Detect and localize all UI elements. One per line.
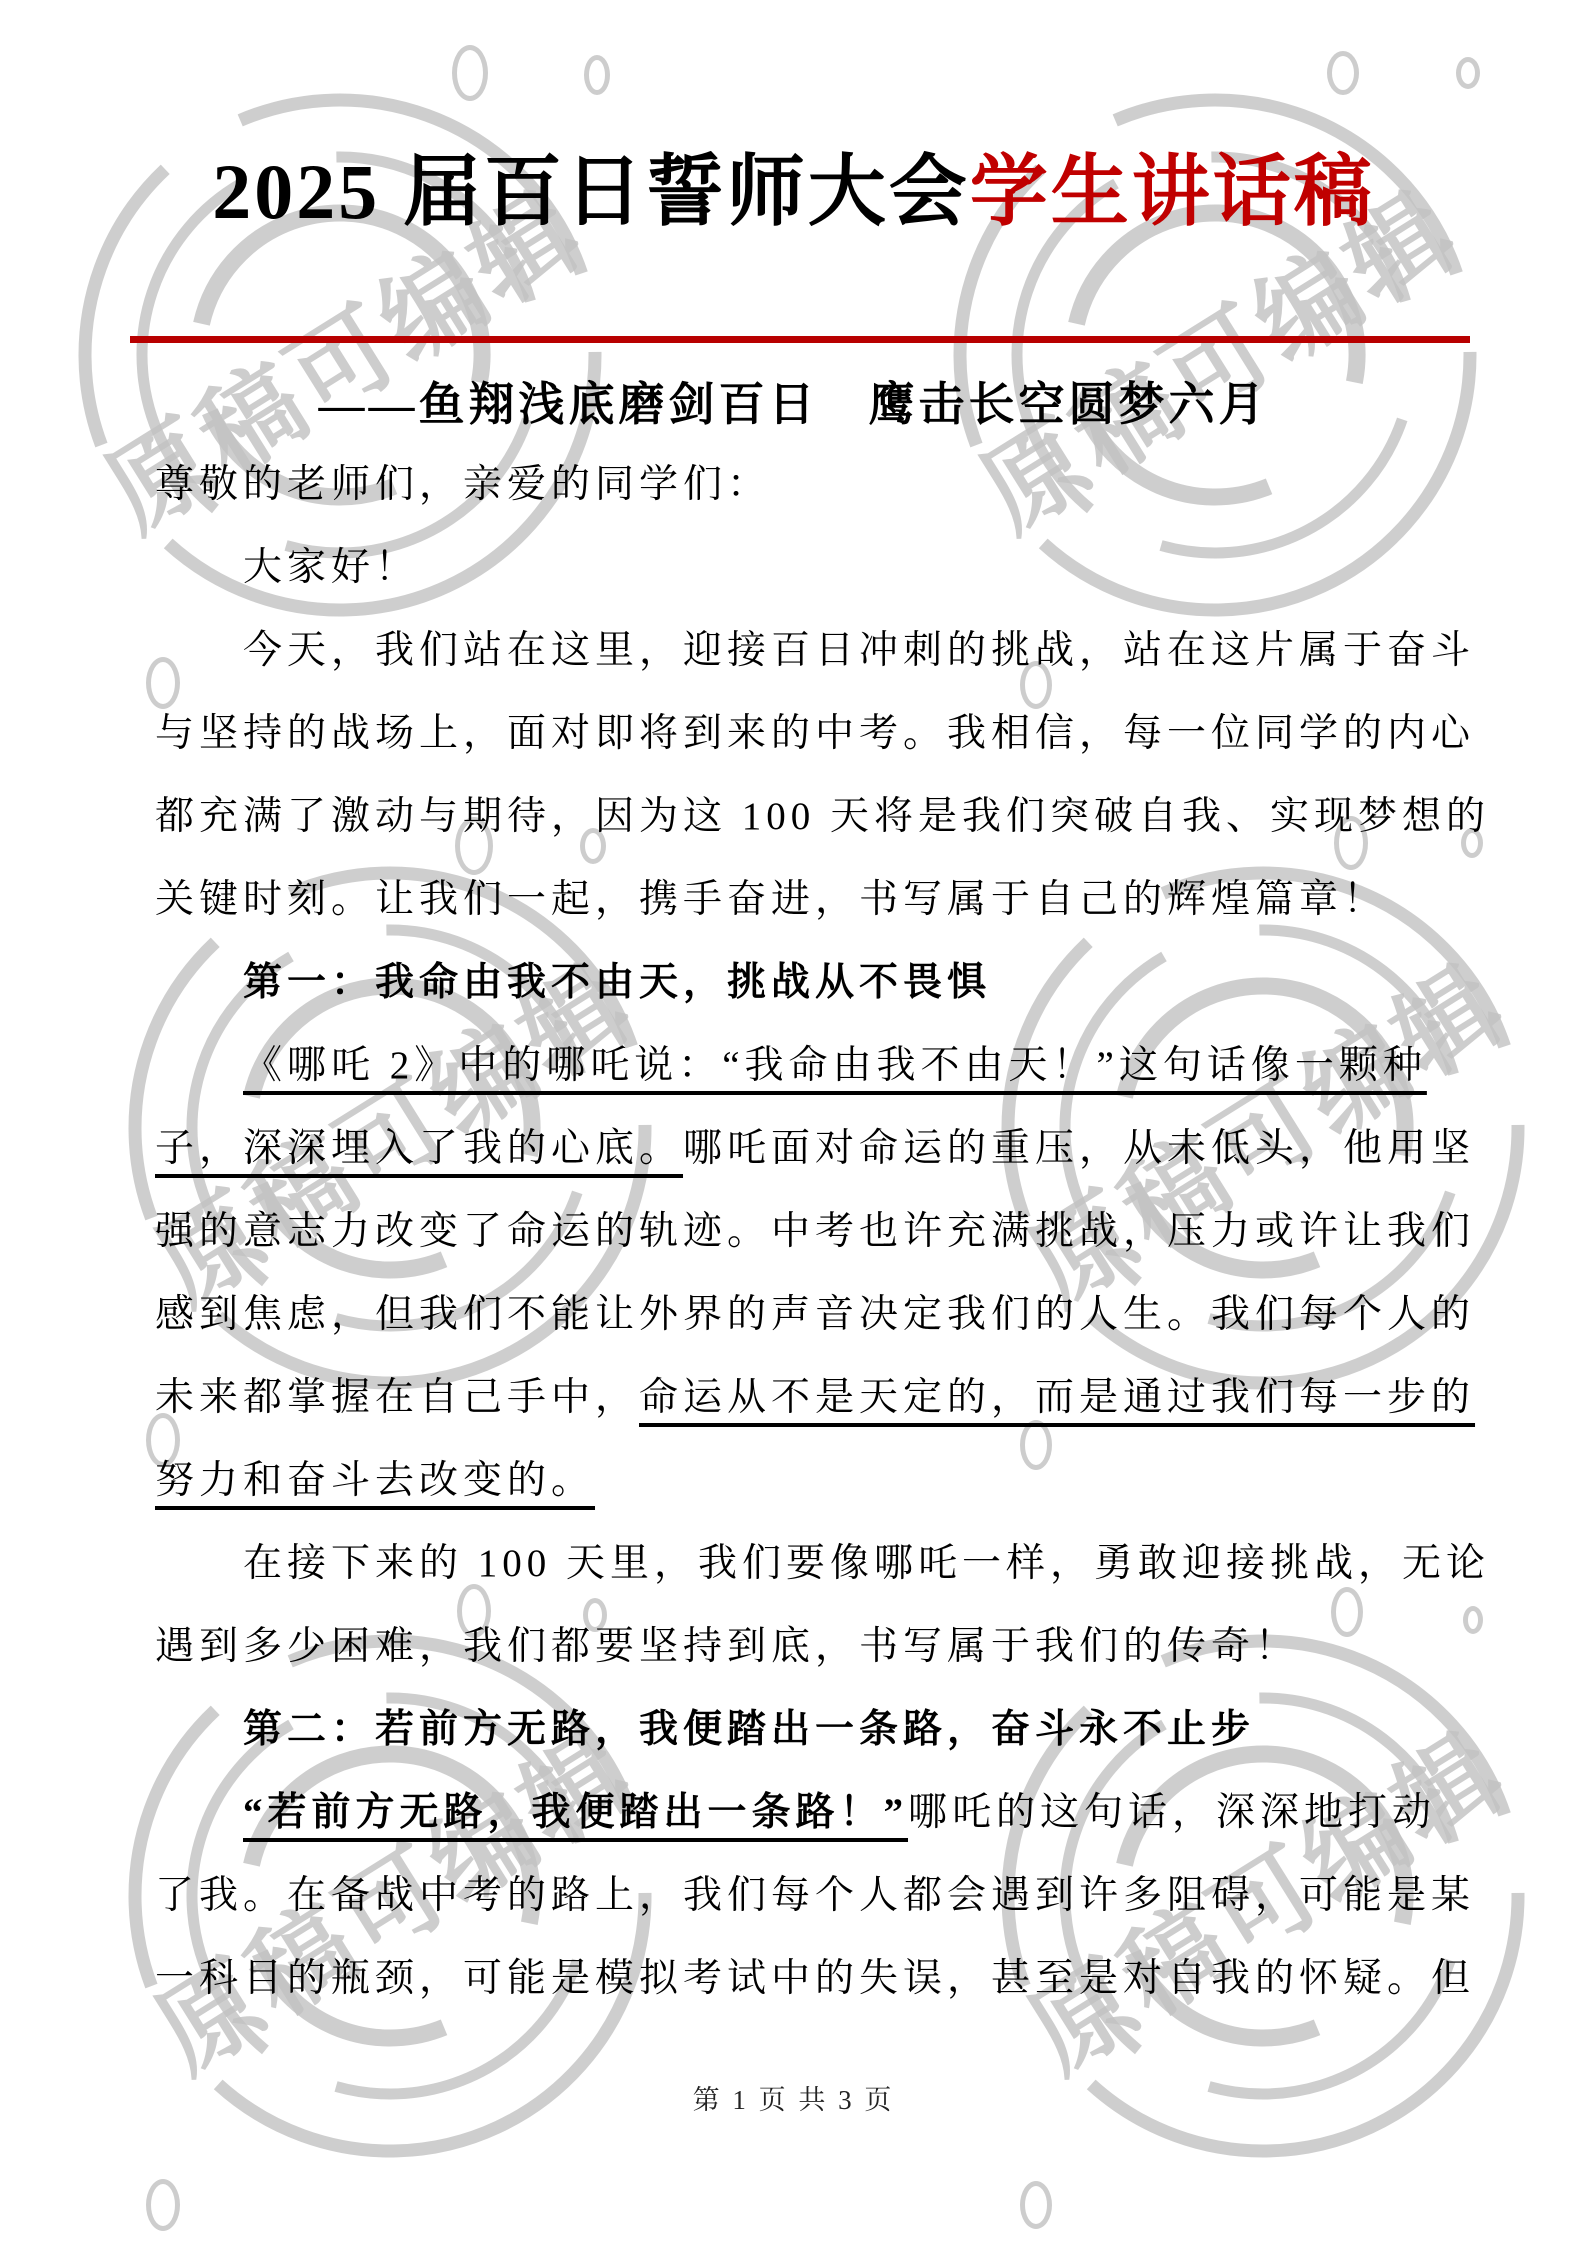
text-segment: 哪吒面对命运的重压，从未低头，他用坚: [683, 1127, 1475, 1170]
text-segment: 未来都掌握在自己手中，: [155, 1376, 639, 1419]
text-segment: 子，深深埋入了我的心底。: [155, 1127, 683, 1170]
text-line: 都充满了激动与期待，因为这 100 天将是我们突破自我、实现梦想的: [155, 775, 1485, 858]
page-title: 2025 届百日誓师大会学生讲话稿: [0, 142, 1587, 242]
text-segment: 第二：若前方无路，我便踏出一条路，奋斗永不止步: [243, 1708, 1255, 1751]
text-segment: 在接下来的 100 天里，我们要像哪吒一样，勇敢迎接挑战，无论: [243, 1542, 1490, 1585]
text-line: 子，深深埋入了我的心底。哪吒面对命运的重压，从未低头，他用坚: [155, 1107, 1485, 1190]
text-line: 了我。在备战中考的路上，我们每个人都会遇到许多阻碍，可能是某: [155, 1854, 1485, 1937]
text-line: 大家好！: [155, 526, 1485, 609]
document-content: 2025 届百日誓师大会学生讲话稿 ——鱼翔浅底磨剑百日 鹰击长空圆梦六月 尊敬…: [0, 0, 1587, 2245]
text-line: “若前方无路，我便踏出一条路！”哪吒的这句话，深深地打动: [155, 1771, 1485, 1854]
text-line: 一科目的瓶颈，可能是模拟考试中的失误，甚至是对自我的怀疑。但: [155, 1937, 1485, 2020]
subtitle: ——鱼翔浅底磨剑百日 鹰击长空圆梦六月: [0, 368, 1587, 434]
title-rule: [130, 336, 1470, 343]
text-segment: 尊敬的老师们，亲爱的同学们：: [155, 463, 771, 506]
text-segment: 了我。在备战中考的路上，我们每个人都会遇到许多阻碍，可能是某: [155, 1874, 1475, 1917]
text-segment: 感到焦虑，但我们不能让外界的声音决定我们的人生。我们每个人的: [155, 1293, 1475, 1336]
text-line: 第二：若前方无路，我便踏出一条路，奋斗永不止步: [155, 1688, 1485, 1771]
page-title-red: 学生讲话稿: [970, 148, 1375, 235]
text-line: 在接下来的 100 天里，我们要像哪吒一样，勇敢迎接挑战，无论: [155, 1522, 1485, 1605]
text-segment: 哪吒的这句话，深深地打动: [908, 1791, 1436, 1834]
text-segment: 一科目的瓶颈，可能是模拟考试中的失误，甚至是对自我的怀疑。但: [155, 1957, 1475, 2000]
text-line: 《哪吒 2》中的哪吒说：“我命由我不由天！”这句话像一颗种: [155, 1024, 1485, 1107]
text-segment: 第一：我命由我不由天，挑战从不畏惧: [243, 961, 991, 1004]
text-line: 感到焦虑，但我们不能让外界的声音决定我们的人生。我们每个人的: [155, 1273, 1485, 1356]
text-line: 努力和奋斗去改变的。: [155, 1439, 1485, 1522]
page-title-black: 2025 届百日誓师大会: [212, 148, 970, 235]
body-text: 尊敬的老师们，亲爱的同学们：大家好！今天，我们站在这里，迎接百日冲刺的挑战，站在…: [155, 443, 1485, 2020]
text-segment: 遇到多少困难，我们都要坚持到底，书写属于我们的传奇！: [155, 1625, 1299, 1668]
text-segment: 与坚持的战场上，面对即将到来的中考。我相信，每一位同学的内心: [155, 712, 1475, 755]
text-line: 关键时刻。让我们一起，携手奋进，书写属于自己的辉煌篇章！: [155, 858, 1485, 941]
document-page: 原稿可编辑原稿可编辑原稿可编辑原稿可编辑原稿可编辑原稿可编辑 2025 届百日誓…: [0, 0, 1587, 2245]
text-segment: 强的意志力改变了命运的轨迹。中考也许充满挑战，压力或许让我们: [155, 1210, 1475, 1253]
text-line: 尊敬的老师们，亲爱的同学们：: [155, 443, 1485, 526]
text-line: 与坚持的战场上，面对即将到来的中考。我相信，每一位同学的内心: [155, 692, 1485, 775]
text-line: 强的意志力改变了命运的轨迹。中考也许充满挑战，压力或许让我们: [155, 1190, 1485, 1273]
text-line: 未来都掌握在自己手中，命运从不是天定的，而是通过我们每一步的: [155, 1356, 1485, 1439]
text-segment: 《哪吒 2》中的哪吒说：“我命由我不由天！”这句话像一颗种: [243, 1044, 1427, 1087]
text-segment: “若前方无路，我便踏出一条路！”: [243, 1791, 908, 1834]
text-segment: 今天，我们站在这里，迎接百日冲刺的挑战，站在这片属于奋斗: [243, 629, 1475, 672]
text-line: 今天，我们站在这里，迎接百日冲刺的挑战，站在这片属于奋斗: [155, 609, 1485, 692]
text-segment: 命运从不是天定的，而是通过我们每一步的: [639, 1376, 1475, 1419]
page-footer: 第 1 页 共 3 页: [0, 2078, 1587, 2117]
text-segment: 关键时刻。让我们一起，携手奋进，书写属于自己的辉煌篇章！: [155, 878, 1387, 921]
text-line: 遇到多少困难，我们都要坚持到底，书写属于我们的传奇！: [155, 1605, 1485, 1688]
text-segment: 大家好！: [243, 546, 419, 589]
text-segment: 努力和奋斗去改变的。: [155, 1459, 595, 1502]
text-line: 第一：我命由我不由天，挑战从不畏惧: [155, 941, 1485, 1024]
text-segment: 都充满了激动与期待，因为这 100 天将是我们突破自我、实现梦想的: [155, 795, 1490, 838]
